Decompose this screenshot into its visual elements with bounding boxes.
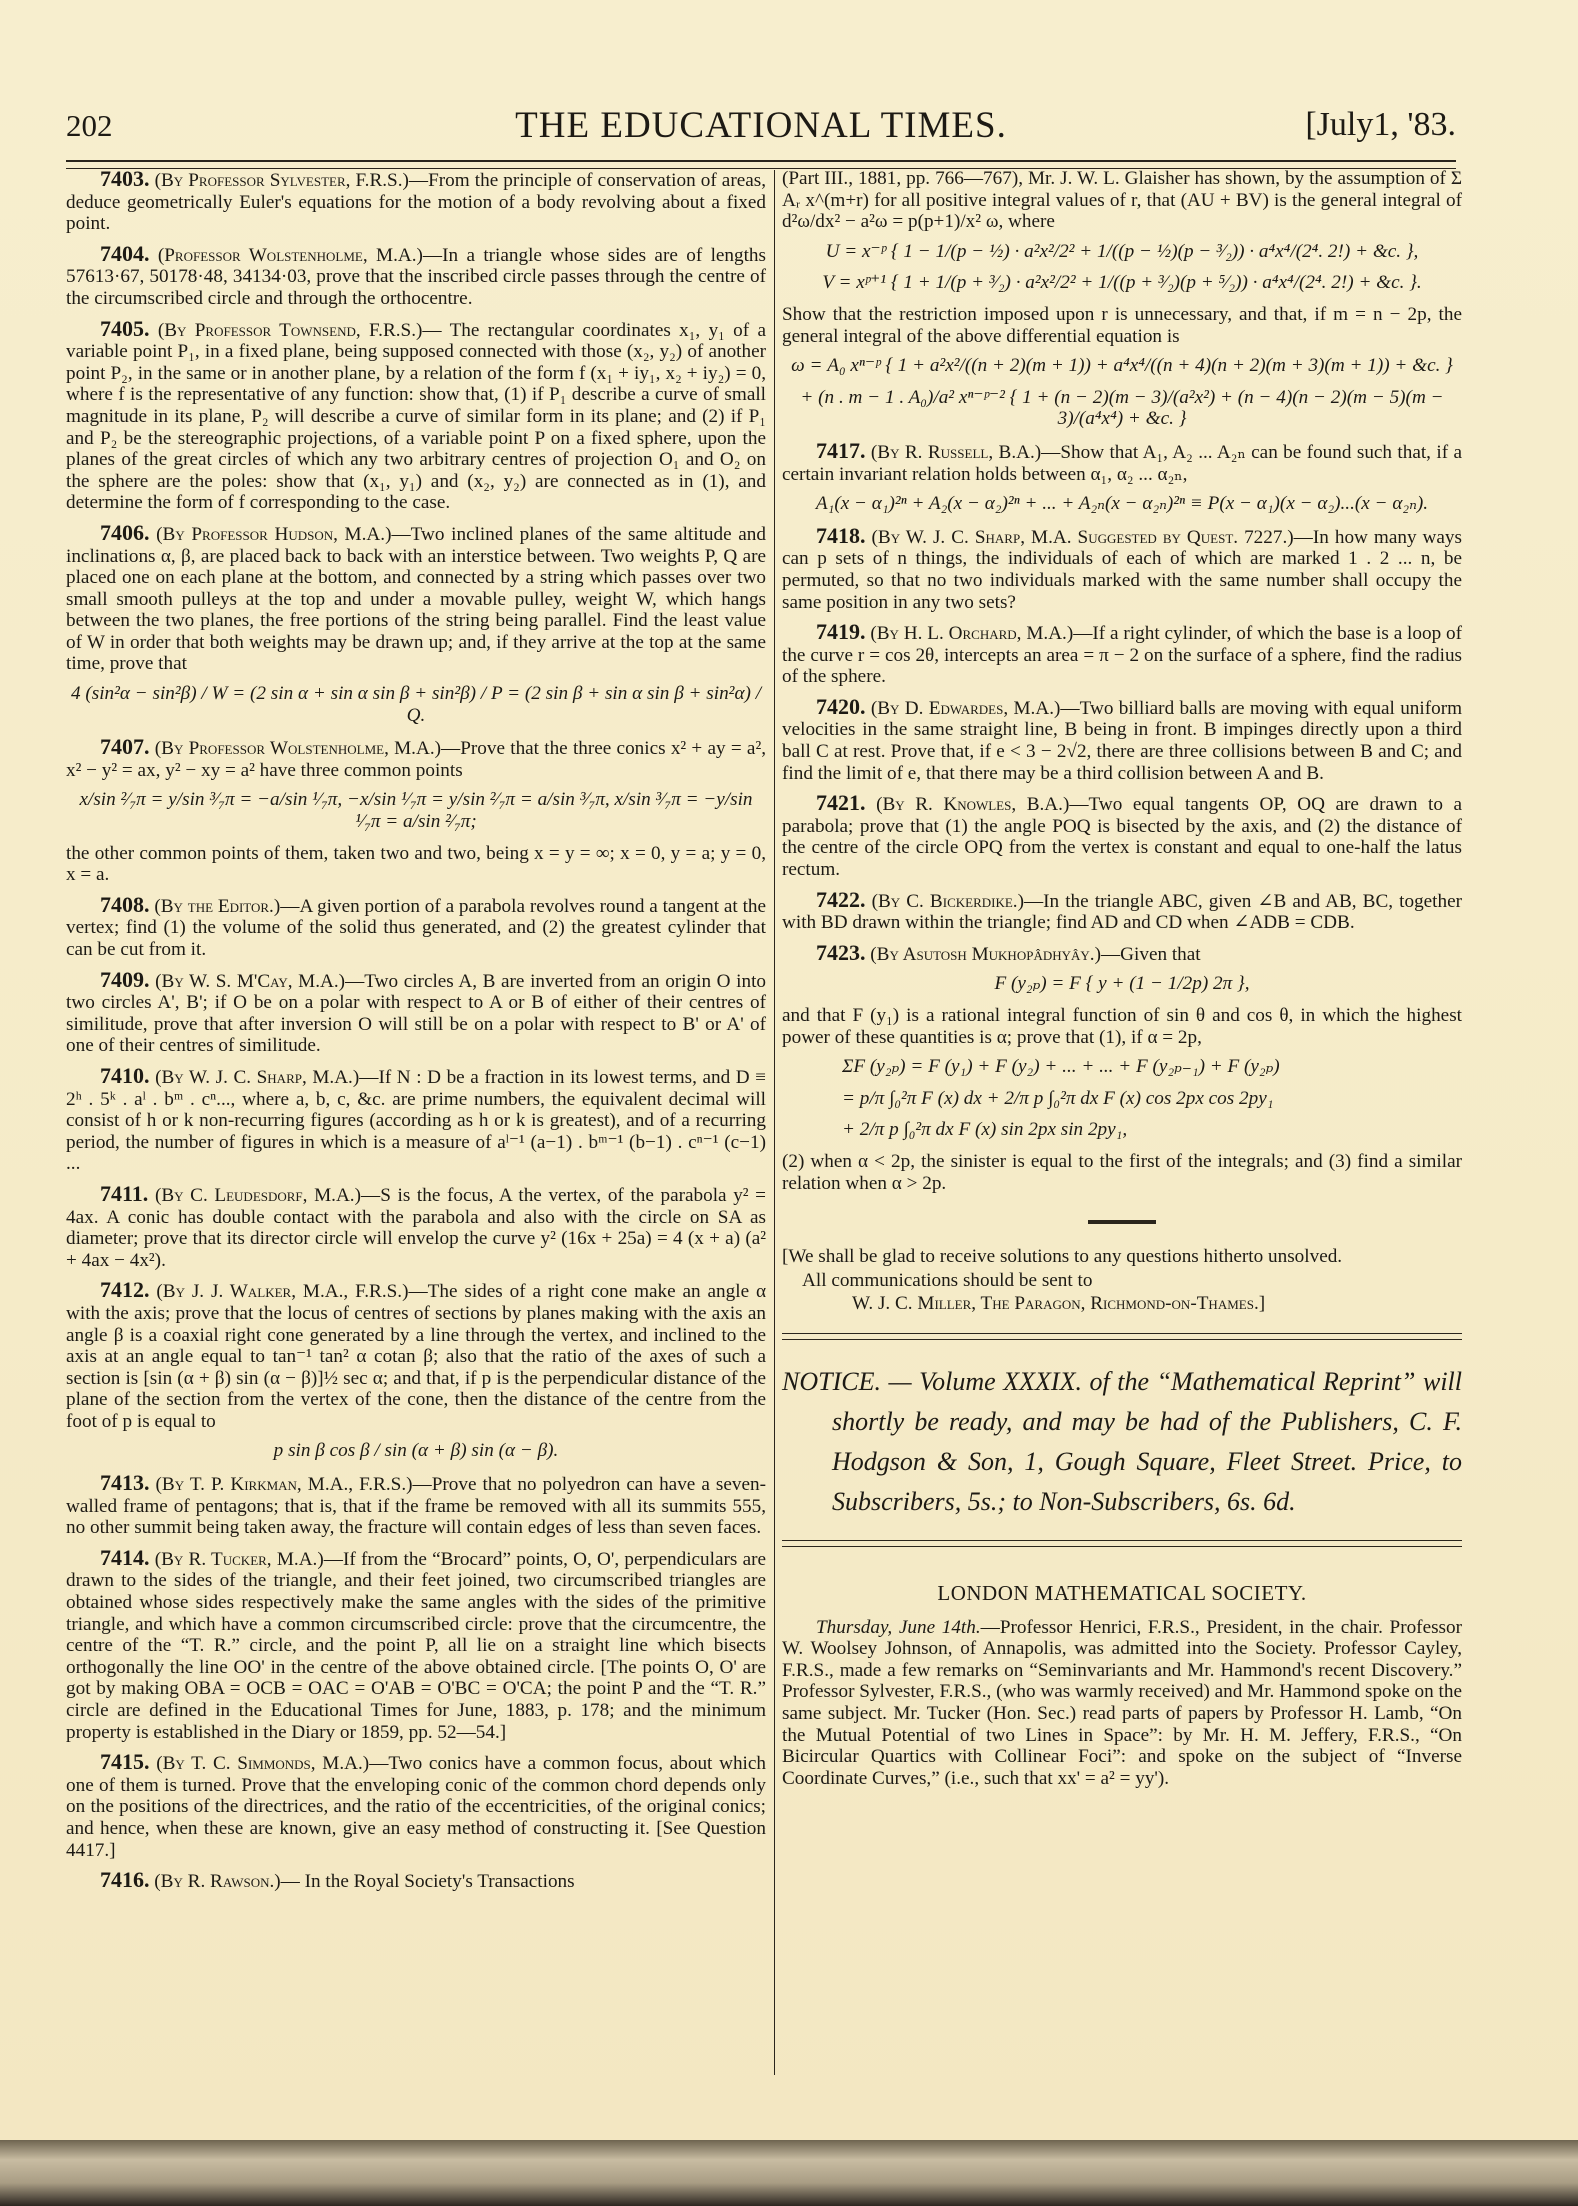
question-number: 7404. [100,241,150,266]
question-text-continued: and that F (y₁) is a rational integral f… [782,1005,1462,1048]
masthead-title: THE EDUCATIONAL TIMES. [66,104,1456,147]
section-rule [1088,1220,1156,1224]
question-number: 7414. [100,1545,150,1570]
question-author: (By Asutosh Mukhopâdhyây.) [870,944,1101,965]
page-header: 202 THE EDUCATIONAL TIMES. [July1, '83. [66,108,1456,158]
issue-date: [July1, '83. [1305,106,1456,144]
question-7409: 7409. (By W. S. M'Cay, M.A.)—Two circles… [66,969,766,1057]
equation-V: V = xᵖ⁺¹ { 1 + 1/(p + ³⁄₂) · a²x²/2² + 1… [782,272,1462,294]
question-number: 7416. [100,1867,150,1892]
question-7406: 7406. (By Professor Hudson, M.A.)—Two in… [66,522,766,675]
equation: x/sin ²⁄₇π = y/sin ³⁄₇π = −a/sin ¹⁄₇π, −… [66,789,766,832]
equation: 4 (sin²α − sin²β) / W = (2 sin α + sin α… [66,683,766,726]
question-number: 7411. [100,1181,148,1206]
question-author: (By R. Russell, B.A.) [871,442,1041,463]
equation-sum-integral: = p/π ∫₀²π F (x) dx + 2/π p ∫₀²π dx F (x… [782,1088,1462,1110]
question-7404: 7404. (Professor Wolstenholme, M.A.)—In … [66,243,766,310]
report-date: Thursday, June 14th. [816,1617,981,1638]
question-text: —If from the “Brocard” points, O, O', pe… [66,1549,766,1743]
question-text: — The rectangular coordinates x₁, y₁ of … [66,320,766,514]
equation-U: U = x⁻ᵖ { 1 − 1/(p − ½) · a²x²/2² + 1/((… [782,241,1462,263]
question-7419: 7419. (By H. L. Orchard, M.A.)—If a righ… [782,621,1462,688]
question-author: (By Professor Hudson, M.A.) [156,524,391,545]
equation: F (y₂ₚ) = F { y + (1 − 1/2p) 2π }, [782,973,1462,995]
society-report: Thursday, June 14th.—Professor Henrici, … [782,1617,1462,1790]
question-text: —Two inclined planes of the same altitud… [66,524,766,675]
question-number: 7410. [100,1063,150,1088]
question-author: (By W. J. C. Sharp, M.A. Suggested by Qu… [872,527,1294,548]
question-author: (By Professor Townsend, F.R.S.) [158,320,423,341]
question-7416: 7416. (By R. Rawson.)— In the Royal Soci… [66,1869,766,1893]
equation: p sin β cos β / sin (α + β) sin (α − β). [66,1440,766,1462]
question-author: (By H. L. Orchard, M.A.) [870,623,1073,644]
question-7413: 7413. (By T. P. Kirkman, M.A., F.R.S.)—P… [66,1472,766,1539]
question-number: 7418. [816,523,866,548]
question-author: (By R. Rawson.) [154,1871,280,1892]
question-7416-continued: (Part III., 1881, pp. 766—767), Mr. J. W… [782,168,1462,233]
editorial-note-address: W. J. C. Miller, The Paragon, Richmond-o… [782,1293,1462,1315]
question-7422: 7422. (By C. Bickerdike.)—In the triangl… [782,889,1462,934]
question-author: (By Professor Sylvester, F.R.S.) [155,170,409,191]
question-author: (By C. Leudesdorf, M.A.) [155,1185,361,1206]
question-author: (By R. Tucker, M.A.) [155,1549,324,1570]
equation-sum-integral-continued: + 2/π p ∫₀²π dx F (x) sin 2px sin 2py₁, [782,1119,1462,1141]
question-author: (By the Editor.) [154,896,280,917]
question-7407: 7407. (By Professor Wolstenholme, M.A.)—… [66,736,766,781]
question-author: (By W. S. M'Cay, M.A.) [155,971,345,992]
column-divider [774,170,775,2075]
editorial-note-line: [We shall be glad to receive solutions t… [782,1246,1462,1268]
question-7423: 7423. (By Asutosh Mukhopâdhyây.)—Given t… [782,942,1462,966]
right-column: (Part III., 1881, pp. 766—767), Mr. J. W… [782,168,1462,1797]
question-number: 7406. [100,520,150,545]
question-number: 7421. [816,790,866,815]
question-text: —Given that [1101,944,1201,965]
question-text-end: (2) when α < 2p, the sinister is equal t… [782,1151,1462,1194]
question-number: 7423. [816,940,866,965]
question-7418: 7418. (By W. J. C. Sharp, M.A. Suggested… [782,525,1462,613]
question-7405: 7405. (By Professor Townsend, F.R.S.)— T… [66,318,766,514]
question-author: (By T. C. Simmonds, M.A.) [156,1753,369,1774]
question-number: 7420. [816,694,866,719]
question-author: (By J. J. Walker, M.A., F.R.S.) [156,1281,408,1302]
left-column: 7403. (By Professor Sylvester, F.R.S.)—F… [66,168,766,1901]
page-bottom-edge [0,2140,1578,2206]
question-number: 7419. [816,619,866,644]
question-text-continued: the other common points of them, taken t… [66,843,766,886]
section-rule-double [782,1333,1462,1340]
question-number: 7422. [816,887,866,912]
question-text-continued: Show that the restriction imposed upon r… [782,304,1462,347]
question-7420: 7420. (By D. Edwardes, M.A.)—Two billiar… [782,696,1462,784]
question-7403: 7403. (By Professor Sylvester, F.R.S.)—F… [66,168,766,235]
question-7417: 7417. (By R. Russell, B.A.)—Show that A₁… [782,440,1462,485]
question-author: (By R. Knowles, B.A.) [876,794,1069,815]
equation: A₁(x − α₁)²ⁿ + A₂(x − α₂)²ⁿ + ... + A₂ₙ(… [782,493,1462,515]
editorial-note-line: All communications should be sent to [782,1270,1462,1292]
question-text: —The sides of a right cone make an angle… [66,1281,766,1432]
question-author: (By D. Edwardes, M.A.) [871,698,1061,719]
equation-omega-continued: + (n . m − 1 . A₀)/a² xⁿ⁻ᵖ⁻² { 1 + (n − … [782,387,1462,430]
section-rule-double [782,1540,1462,1547]
question-author: (By C. Bickerdike.) [872,891,1024,912]
question-author: (Professor Wolstenholme, M.A.) [158,245,423,266]
question-7412: 7412. (By J. J. Walker, M.A., F.R.S.)—Th… [66,1279,766,1432]
question-text: — In the Royal Society's Transactions [281,1871,575,1892]
reprint-notice: NOTICE. — Volume XXXIX. of the “Mathemat… [782,1362,1462,1522]
question-number: 7417. [816,438,866,463]
society-title: LONDON MATHEMATICAL SOCIETY. [782,1583,1462,1605]
question-7421: 7421. (By R. Knowles, B.A.)—Two equal ta… [782,792,1462,880]
question-number: 7412. [100,1277,150,1302]
question-number: 7405. [100,316,150,341]
question-7408: 7408. (By the Editor.)—A given portion o… [66,894,766,961]
question-number: 7415. [100,1749,150,1774]
question-number: 7403. [100,166,150,191]
question-author: (By W. J. C. Sharp, M.A.) [155,1067,359,1088]
question-author: (By T. P. Kirkman, M.A., F.R.S.) [156,1474,413,1495]
question-author: (By Professor Wolstenholme, M.A.) [155,738,441,759]
question-number: 7407. [100,734,150,759]
question-number: 7413. [100,1470,150,1495]
question-7415: 7415. (By T. C. Simmonds, M.A.)—Two coni… [66,1751,766,1861]
journal-page: 202 THE EDUCATIONAL TIMES. [July1, '83. … [0,0,1578,2140]
report-text: —Professor Henrici, F.R.S., President, i… [782,1617,1462,1789]
question-number: 7408. [100,892,150,917]
equation-sum: ΣF (y₂ₚ) = F (y₁) + F (y₂) + ... + ... +… [782,1056,1462,1078]
equation-omega: ω = A₀ xⁿ⁻ᵖ { 1 + a²x²/((n + 2)(m + 1)) … [782,355,1462,377]
question-7411: 7411. (By C. Leudesdorf, M.A.)—S is the … [66,1183,766,1271]
question-7414: 7414. (By R. Tucker, M.A.)—If from the “… [66,1547,766,1743]
question-number: 7409. [100,967,150,992]
question-7410: 7410. (By W. J. C. Sharp, M.A.)—If N : D… [66,1065,766,1175]
